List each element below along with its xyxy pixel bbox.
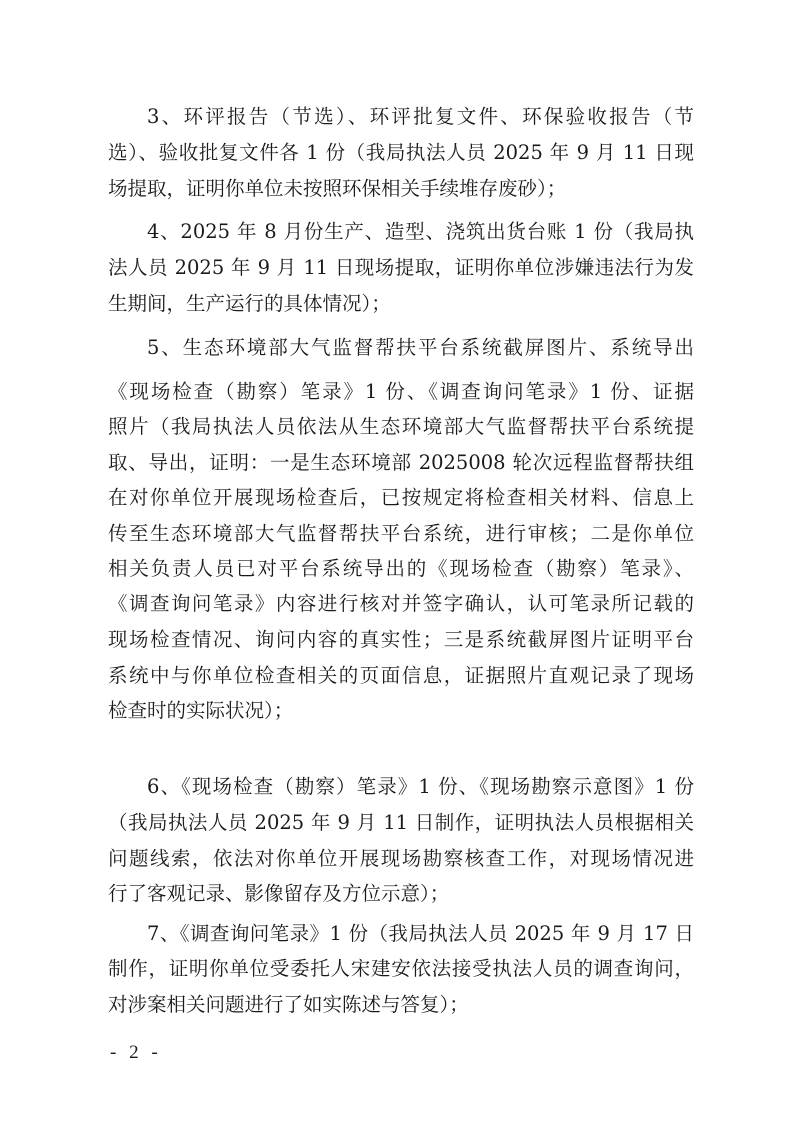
- paragraph-5-line-11: 检查时的实际状况）；: [108, 699, 694, 723]
- paragraph-5-line-4: 取、导出，证明：一是生态环境部 2025008 轮次远程监督帮扶组: [108, 451, 694, 475]
- paragraph-3-line-2: 选）、验收批复文件各 1 份（我局执法人员 2025 年 9 月 11 日现: [108, 141, 694, 165]
- paragraph-3-line-3: 场提取，证明你单位未按照环保相关手续堆存废砂）；: [108, 177, 694, 201]
- paragraph-5-line-10: 系统中与你单位检查相关的页面信息，证据照片直观记录了现场: [108, 664, 694, 688]
- page-number: - 2 -: [110, 1042, 162, 1064]
- paragraph-5-line-6: 传至生态环境部大气监督帮扶平台系统，进行审核；二是你单位: [108, 522, 694, 546]
- paragraph-4-line-2: 法人员 2025 年 9 月 11 日现场提取，证明你单位涉嫌违法行为发: [108, 256, 694, 280]
- paragraph-5-line-8: 《调查询问笔录》内容进行核对并签字确认，认可笔录所记载的: [108, 592, 694, 616]
- paragraph-5-line-7: 相关负责人员已对平台系统导出的《现场检查（勘察）笔录》、: [108, 557, 694, 581]
- paragraph-5-line-2: 《现场检查（勘察）笔录》1 份、《调查询问笔录》1 份、证据: [108, 380, 694, 404]
- paragraph-5-line-1: 5、生态环境部大气监督帮扶平台系统截屏图片、系统导出: [147, 336, 694, 360]
- paragraph-5-line-3: 照片（我局执法人员依法从生态环境部大气监督帮扶平台系统提: [108, 415, 694, 439]
- paragraph-6-line-2: （我局执法人员 2025 年 9 月 11 日制作，证明执法人员根据相关: [108, 811, 694, 835]
- paragraph-6-line-3: 问题线索，依法对你单位开展现场勘察核查工作，对现场情况进: [108, 847, 694, 871]
- paragraph-7-line-3: 对涉案相关问题进行了如实陈述与答复）；: [108, 993, 694, 1017]
- paragraph-6-line-1: 6、《现场检查（勘察）笔录》1 份、《现场勘察示意图》1 份: [147, 775, 694, 799]
- paragraph-5-line-9: 现场检查情况、询问内容的真实性；三是系统截屏图片证明平台: [108, 628, 694, 652]
- paragraph-3-line-1: 3、环评报告（节选）、环评批复文件、环保验收报告（节: [147, 105, 694, 129]
- document-page: 3、环评报告（节选）、环评批复文件、环保验收报告（节 选）、验收批复文件各 1 …: [0, 0, 793, 1122]
- paragraph-4-line-3: 生期间，生产运行的具体情况）；: [108, 292, 694, 316]
- paragraph-4-line-1: 4、2025 年 8 月份生产、造型、浇筑出货台账 1 份（我局执: [147, 220, 694, 244]
- paragraph-7-line-2: 制作，证明你单位受委托人宋建安依法接受执法人员的调查询问，: [108, 957, 694, 981]
- paragraph-7-line-1: 7、《调查询问笔录》1 份（我局执法人员 2025 年 9 月 17 日: [147, 922, 694, 946]
- paragraph-5-line-5: 在对你单位开展现场检查后，已按规定将检查相关材料、信息上: [108, 486, 694, 510]
- paragraph-6-line-4: 行了客观记录、影像留存及方位示意）；: [108, 882, 694, 906]
